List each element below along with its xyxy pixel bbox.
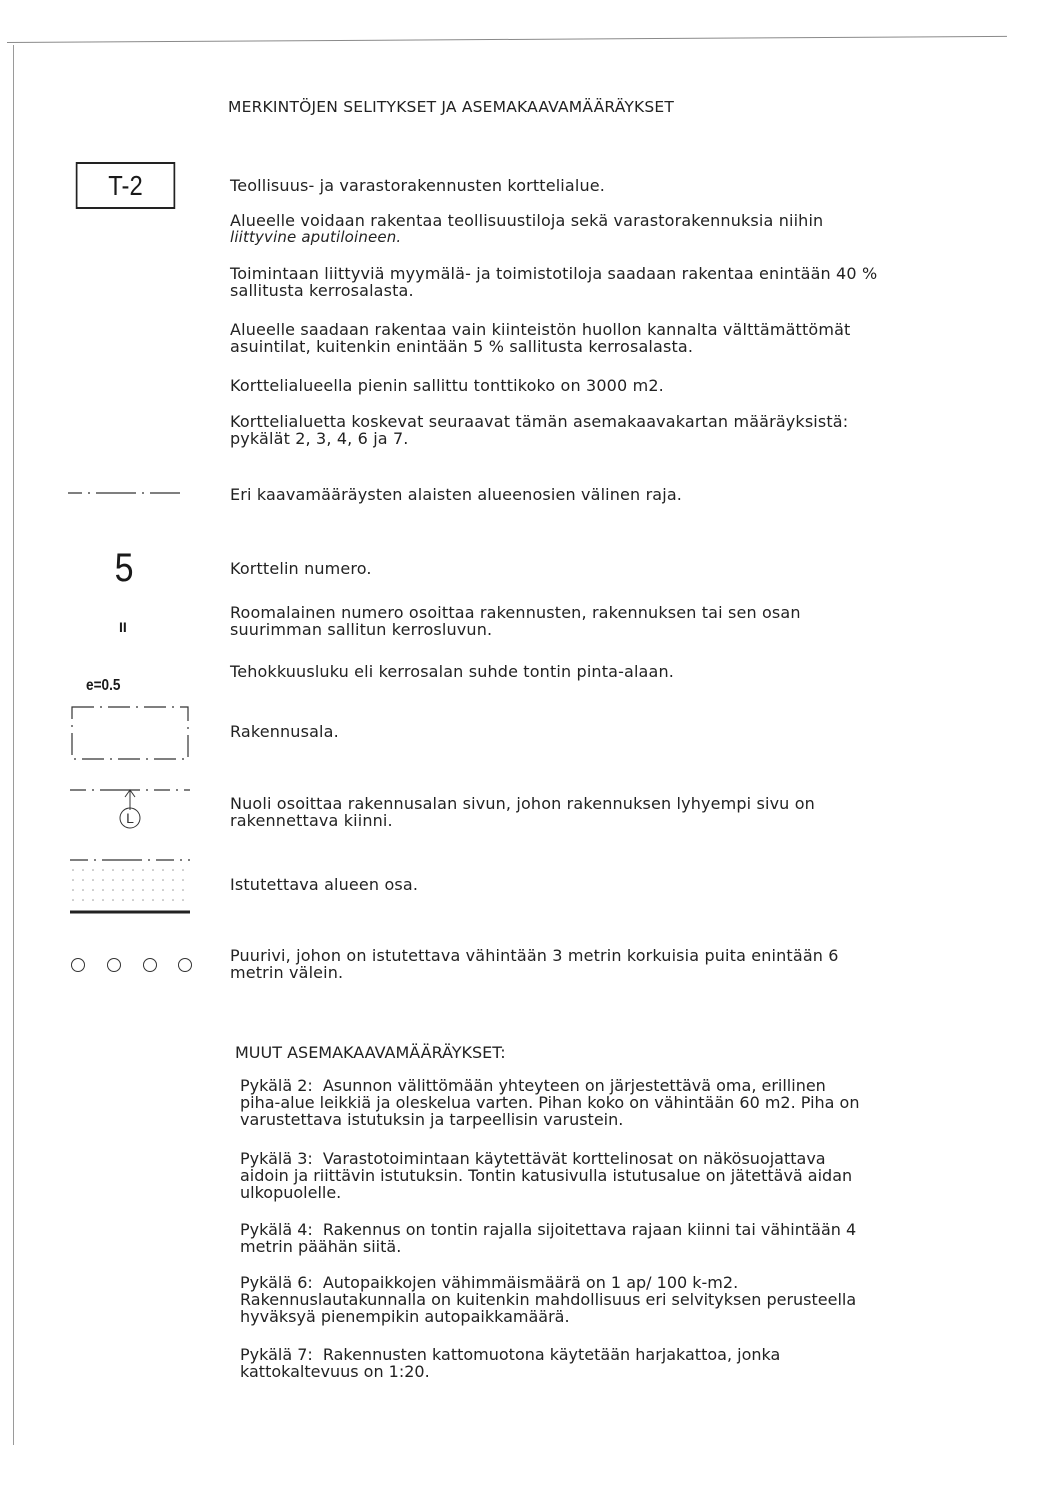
regulation-text: metrin päähän siitä. [240,1238,1000,1255]
tree-row-icon [70,955,195,975]
page-title: MERKINTÖJEN SELITYKSET JA ASEMAKAAVAMÄÄR… [228,98,674,116]
regulation-item: Pykälä 3:Varastotoimintaan käytettävät k… [240,1150,1000,1201]
regulation-item: Pykälä 4:Rakennus on tontin rajalla sijo… [240,1221,1000,1255]
arrow-L-icon: L [70,780,192,832]
legend-text: Istutettava alueen osa. [230,876,418,893]
legend-text: Puurivi, johon on istutettava vähintään … [230,947,839,964]
legend-text: Roomalainen numero osoittaa rakennusten,… [230,604,801,621]
legend-text: liittyvine aputiloineen. [230,229,401,246]
regulation-text: piha-alue leikkiä ja oleskelua varten. P… [240,1094,1000,1111]
planting-area-icon [70,857,192,915]
legend-text: rakennettava kiinni. [230,812,393,829]
page-edge-left [13,45,14,1445]
legend-text: Alueelle voidaan rakentaa teollisuustilo… [230,212,823,229]
svg-text:L: L [126,810,134,826]
regulation-item: Pykälä 7:Rakennusten kattomuotona käytet… [240,1346,1000,1380]
roman-numeral-symbol: II [119,619,127,635]
regulation-item: Pykälä 2:Asunnon välittömään yhteyteen o… [240,1077,1000,1128]
regulation-text: hyväksyä pienempikin autopaikkamäärä. [240,1308,1000,1325]
legend-text: sallitusta kerrosalasta. [230,282,414,299]
legend-text: suurimman sallitun kerrosluvun. [230,621,492,638]
legend-text: Korttelialueella pienin sallittu tonttik… [230,377,664,394]
legend-text: Alueelle saadaan rakentaa vain kiinteist… [230,321,850,338]
legend-text: metrin välein. [230,964,343,981]
legend-text: Eri kaavamääräysten alaisten alueenosien… [230,486,682,503]
boundary-line-icon [68,490,188,496]
regulation-text: ulkopuolelle. [240,1184,1000,1201]
zone-label-t2: T-2 [76,162,175,209]
regulation-text: varustettava istutuksin ja tarpeellisin … [240,1111,1000,1128]
efficiency-symbol: e=0.5 [86,677,120,695]
legend-text: Rakennusala. [230,723,339,740]
block-number-symbol: 5 [115,548,134,588]
regulation-text: aidoin ja riittävin istutuksin. Tontin k… [240,1167,1000,1184]
legend-text: Korttelialuetta koskevat seuraavat tämän… [230,413,848,430]
legend-text: Teollisuus- ja varastorakennusten kortte… [230,177,605,194]
legend-text: Nuoli osoittaa rakennusalan sivun, johon… [230,795,815,812]
legend-text: pykälät 2, 3, 4, 6 ja 7. [230,430,409,447]
legend-text: Korttelin numero. [230,560,372,577]
page-edge-top [7,36,1007,43]
legend-text: Toimintaan liittyviä myymälä- ja toimist… [230,265,877,282]
section-heading: MUUT ASEMAKAAVAMÄÄRÄYKSET: [235,1043,506,1062]
regulation-text: Rakennus on tontin rajalla sijoitettava … [323,1220,856,1239]
legend-text: asuintilat, kuitenkin enintään 5 % salli… [230,338,693,355]
legend-text: Tehokkuusluku eli kerrosalan suhde tonti… [230,663,674,680]
regulation-text: Rakennuslautakunnalla on kuitenkin mahdo… [240,1291,1000,1308]
regulation-text: kattokaltevuus on 1:20. [240,1363,1000,1380]
building-area-icon [70,705,192,763]
regulation-item: Pykälä 6:Autopaikkojen vähimmäismäärä on… [240,1274,1000,1325]
